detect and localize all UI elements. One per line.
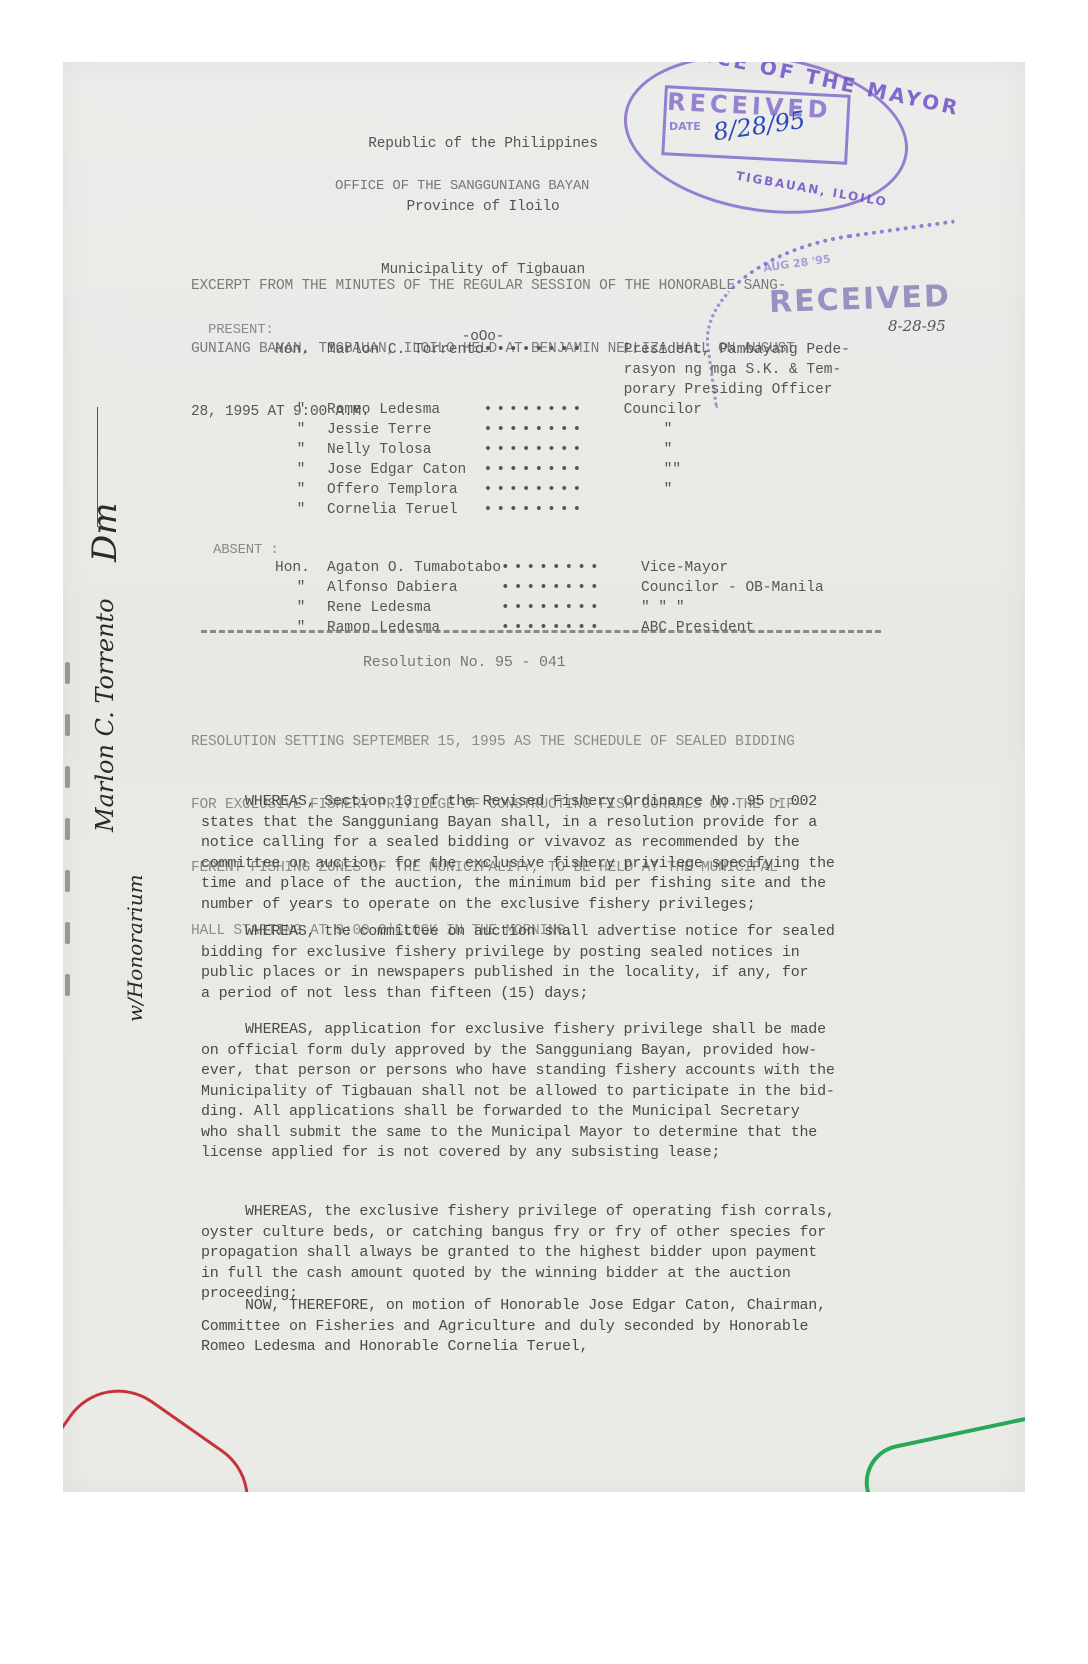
paragraph-line: public places or in newspapers published…: [201, 963, 835, 984]
member-name: Alfonso Dabiera: [327, 580, 501, 600]
letterhead-line: Republic of the Philippines: [333, 134, 633, 155]
paragraph-line: Committee on Fisheries and Agriculture a…: [201, 1317, 826, 1338]
spacer: [327, 382, 484, 402]
paragraph-line: ever, that person or persons who have st…: [201, 1061, 835, 1082]
member-role: "": [624, 462, 850, 482]
paragraph-line: WHEREAS, Section 13 of the Revised Fishe…: [201, 792, 835, 813]
leader-dots: ••••••••: [501, 560, 641, 580]
whereas-paragraph: NOW, THEREFORE, on motion of Honorable J…: [201, 1296, 826, 1358]
leader-dots: ••••••••: [484, 402, 624, 422]
leader-dots: ••••••••: [484, 442, 624, 462]
whereas-paragraph: WHEREAS, application for exclusive fishe…: [201, 1020, 835, 1164]
member-prefix: ": [275, 462, 327, 482]
roster-row: Hon.Agaton O. Tumabotabo••••••••Vice-May…: [275, 560, 824, 580]
present-label: PRESENT:: [208, 320, 274, 341]
paragraph-line: number of years to operate on the exclus…: [201, 895, 835, 916]
member-role: President, Pambayang Pede-: [624, 342, 850, 362]
member-name: Offero Templora: [327, 482, 484, 502]
paragraph-line: WHEREAS, the exclusive fishery privilege…: [201, 1202, 835, 1223]
leader-dots: ••••••••: [484, 462, 624, 482]
roster-row: "Jose Edgar Caton••••••••"": [275, 462, 850, 482]
red-paper-clip: [63, 1366, 272, 1492]
member-prefix: Hon.: [275, 560, 327, 580]
received-stamp-secondary: RECEIVED: [768, 279, 951, 320]
member-name: Nelly Tolosa: [327, 442, 484, 462]
member-name: Agaton O. Tumabotabo: [327, 560, 501, 580]
member-role: ": [624, 482, 850, 502]
absent-label: ABSENT :: [213, 540, 279, 561]
leader-dots: ••••••••: [484, 342, 624, 362]
paragraph-line: WHEREAS, the committee on auction shall …: [201, 922, 835, 943]
binder-hole-marks: [65, 662, 71, 1062]
member-name: Cornelia Teruel: [327, 502, 484, 522]
member-prefix: ": [275, 402, 327, 422]
spacer: [484, 382, 624, 402]
present-roster: Hon.Marlon C. Torrento••••••••President,…: [275, 342, 850, 522]
member-name: Romeo Ledesma: [327, 402, 484, 422]
document-page: Republic of the Philippines Province of …: [63, 62, 1025, 1492]
member-role: Vice-Mayor: [641, 560, 824, 580]
absent-roster: Hon.Agaton O. Tumabotabo••••••••Vice-May…: [275, 560, 824, 640]
paragraph-line: ding. All applications shall be forwarde…: [201, 1102, 835, 1123]
paragraph-line: NOW, THEREFORE, on motion of Honorable J…: [201, 1296, 826, 1317]
whereas-paragraph: WHEREAS, Section 13 of the Revised Fishe…: [201, 792, 835, 915]
member-name: Jose Edgar Caton: [327, 462, 484, 482]
member-role: [624, 502, 850, 522]
roster-row: porary Presiding Officer: [275, 382, 850, 402]
section-divider: [201, 630, 881, 633]
paragraph-line: oyster culture beds, or catching bangus …: [201, 1223, 835, 1244]
paragraph-line: committee on auction, for the exclusive …: [201, 854, 835, 875]
office-title: OFFICE OF THE SANGGUNIANG BAYAN: [335, 176, 589, 197]
spacer: [327, 362, 484, 382]
paragraph-line: WHEREAS, application for exclusive fishe…: [201, 1020, 835, 1041]
member-role: Councilor: [624, 402, 850, 422]
member-prefix: ": [275, 442, 327, 462]
paragraph-line: Municipality of Tigbauan shall not be al…: [201, 1082, 835, 1103]
leader-dots: ••••••••: [501, 600, 641, 620]
roster-row: "Cornelia Teruel••••••••: [275, 502, 850, 522]
leader-dots: ••••••••: [484, 482, 624, 502]
excerpt-line: EXCERPT FROM THE MINUTES OF THE REGULAR …: [191, 276, 795, 297]
paragraph-line: bidding for exclusive fishery privilege …: [201, 943, 835, 964]
spacer: [484, 362, 624, 382]
resolution-number: Resolution No. 95 - 041: [363, 652, 565, 673]
roster-row: "Alfonso Dabiera••••••••Councilor - OB-M…: [275, 580, 824, 600]
leader-dots: ••••••••: [501, 580, 641, 600]
margin-note-honorarium: w/Honorarium: [123, 874, 147, 1022]
roster-row: "Romeo Ledesma••••••••Councilor: [275, 402, 850, 422]
letterhead-line: Province of Iloilo: [333, 197, 633, 218]
handwritten-note: 8-28-95: [888, 317, 946, 335]
spacer: [275, 382, 327, 402]
paragraph-line: who shall submit the same to the Municip…: [201, 1123, 835, 1144]
roster-row: rasyon ng mga S.K. & Tem-: [275, 362, 850, 382]
member-prefix: ": [275, 502, 327, 522]
member-prefix: ": [275, 482, 327, 502]
paragraph-line: notice calling for a sealed bidding or v…: [201, 833, 835, 854]
paragraph-line: time and place of the auction, the minim…: [201, 874, 835, 895]
roster-row: "Rene Ledesma•••••••• " " ": [275, 600, 824, 620]
member-role: ": [624, 422, 850, 442]
member-role: rasyon ng mga S.K. & Tem-: [624, 362, 850, 382]
member-name: Rene Ledesma: [327, 600, 501, 620]
spacer: [275, 362, 327, 382]
paragraph-line: propagation shall always be granted to t…: [201, 1243, 835, 1264]
paragraph-line: a period of not less than fifteen (15) d…: [201, 984, 835, 1005]
member-prefix: Hon.: [275, 342, 327, 362]
paragraph-line: Romeo Ledesma and Honorable Cornelia Ter…: [201, 1337, 826, 1358]
roster-row: "Offero Templora••••••••": [275, 482, 850, 502]
roster-row: "Jessie Terre••••••••": [275, 422, 850, 442]
margin-signature-initials: Dm: [85, 503, 125, 563]
member-prefix: ": [275, 422, 327, 442]
member-role: " " ": [641, 600, 824, 620]
whereas-paragraph: WHEREAS, the committee on auction shall …: [201, 922, 835, 1004]
stamp-date-label: DATE: [669, 120, 701, 133]
member-prefix: ": [275, 580, 327, 600]
green-paper-clip: [857, 1403, 1025, 1492]
leader-dots: ••••••••: [484, 422, 624, 442]
leader-dots: ••••••••: [484, 502, 624, 522]
margin-signature-torrento: Marlon C. Torrento: [91, 598, 119, 832]
member-name: Marlon C. Torrento: [327, 342, 484, 362]
member-prefix: ": [275, 600, 327, 620]
paragraph-line: license applied for is not covered by an…: [201, 1143, 835, 1164]
margin-signature-stroke: [97, 407, 98, 527]
roster-row: Hon.Marlon C. Torrento••••••••President,…: [275, 342, 850, 362]
roster-row: "Nelly Tolosa••••••••": [275, 442, 850, 462]
paragraph-line: on official form duly approved by the Sa…: [201, 1041, 835, 1062]
paragraph-line: states that the Sangguniang Bayan shall,…: [201, 813, 835, 834]
member-role: ": [624, 442, 850, 462]
member-role: porary Presiding Officer: [624, 382, 850, 402]
whereas-paragraph: WHEREAS, the exclusive fishery privilege…: [201, 1202, 835, 1305]
member-name: Jessie Terre: [327, 422, 484, 442]
resolution-title-line: RESOLUTION SETTING SEPTEMBER 15, 1995 AS…: [191, 732, 803, 753]
member-role: Councilor - OB-Manila: [641, 580, 824, 600]
paragraph-line: in full the cash amount quoted by the wi…: [201, 1264, 835, 1285]
